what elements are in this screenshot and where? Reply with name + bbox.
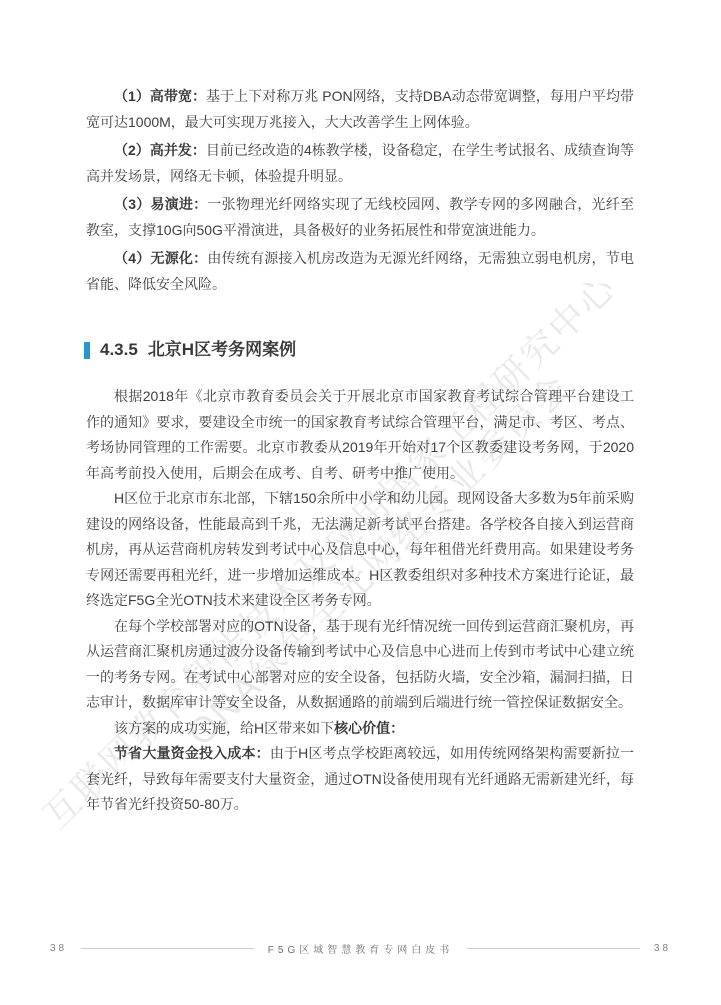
feature-item-concurrency: （2）高并发：目前已经改造的4栋教学楼，设备稳定，在学生考试报名、成绩查询等高并… xyxy=(86,138,634,189)
section-title: 北京H区考务网案例 xyxy=(148,340,296,360)
page-number-left: 38 xyxy=(50,943,67,954)
feature-item-label: （3）易演进： xyxy=(114,196,207,212)
cost-saving-label: 节省大量资金投入成本： xyxy=(114,745,270,761)
page-content: （1）高带宽：基于上下对称万兆 PON网络，支持DBA动态带宽调整，每用户平均带… xyxy=(86,84,634,818)
section-accent-bar xyxy=(84,342,90,359)
footer-rule-left xyxy=(81,948,254,949)
paragraph-policy-background: 根据2018年《北京市教育委员会关于开展北京市国家教育考试综合管理平台建设工作的… xyxy=(86,384,634,486)
feature-item-label: （1）高带宽： xyxy=(114,88,206,104)
feature-item-evolution: （3）易演进：一张物理光纤网络实现了无线校园网、教学专网的多网融合，光纤至教室，… xyxy=(86,192,634,243)
page-number-right: 38 xyxy=(654,943,671,954)
core-value-intro-text: 该方案的成功实施，给H区带来如下 xyxy=(114,720,334,736)
section-number: 4.3.5 xyxy=(100,340,138,360)
page-footer: 38 F5G区域智慧教育专网白皮书 38 xyxy=(50,941,671,956)
paragraph-core-value-intro: 该方案的成功实施，给H区带来如下核心价值： xyxy=(86,716,634,742)
paragraph-solution-deployment: 在每个学校部署对应的OTN设备，基于现有光纤情况统一回传到运营商汇聚机房，再从运… xyxy=(86,614,634,716)
footer-rule-right xyxy=(467,948,640,949)
paragraph-district-situation: H区位于北京市东北部，下辖150余所中小学和幼儿园。现网设备大多数为5年前采购建… xyxy=(86,486,634,614)
feature-item-label: （2）高并发： xyxy=(114,142,206,158)
core-value-intro-bold: 核心价值： xyxy=(334,720,404,736)
footer-document-title: F5G区域智慧教育专网白皮书 xyxy=(268,941,453,956)
paragraph-cost-saving: 节省大量资金投入成本：由于H区考点学校距离较远，如用传统网络架构需要新拉一套光纤… xyxy=(86,741,634,818)
feature-item-label: （4）无源化： xyxy=(114,250,207,266)
feature-item-passive: （4）无源化：由传统有源接入机房改造为无源光纤网络，无需独立弱电机房，节电省能、… xyxy=(86,246,634,297)
section-heading: 4.3.5 北京H区考务网案例 xyxy=(84,340,634,360)
feature-item-bandwidth: （1）高带宽：基于上下对称万兆 PON网络，支持DBA动态带宽调整，每用户平均带… xyxy=(86,84,634,135)
